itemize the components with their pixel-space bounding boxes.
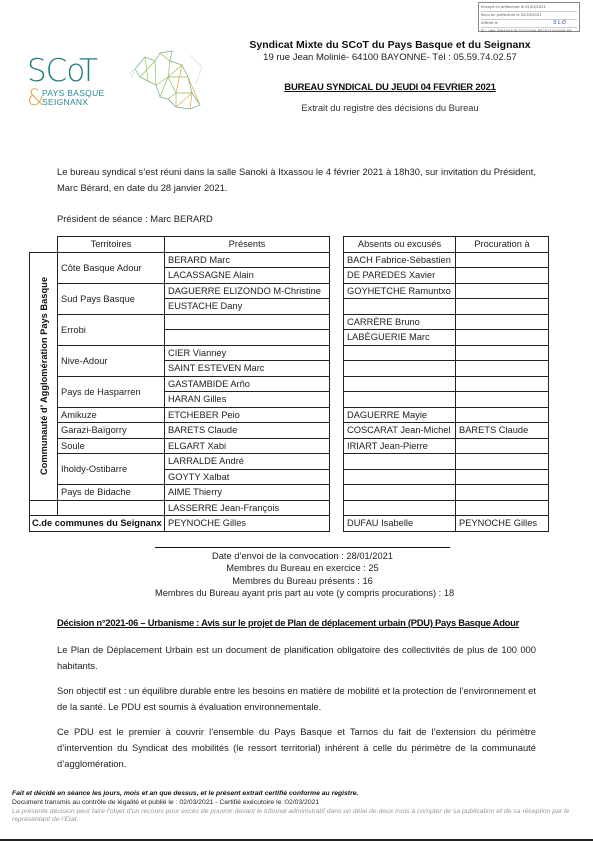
table-row: Pays de BidacheAIME Thierry xyxy=(30,485,330,501)
present-member: AIME Thierry xyxy=(165,485,330,501)
table-row: Errobi xyxy=(30,314,330,330)
table-row xyxy=(344,469,549,485)
present-member: LASSERRE Jean-François xyxy=(165,500,330,516)
absent-member: CARRÈRE Bruno xyxy=(344,314,456,330)
table-row xyxy=(344,485,549,501)
header-procuration: Procuration à xyxy=(456,237,549,253)
members-in-office: Membres du Bureau en exercice : 25 xyxy=(155,562,450,574)
header-presents: Présents xyxy=(165,237,330,253)
table-row: GOYHETCHE Ramuntxo xyxy=(344,283,549,299)
absent-member xyxy=(344,469,456,485)
absent-member: GOYHETCHE Ramuntxo xyxy=(344,283,456,299)
org-address: 19 rue Jean Molinié- 64100 BAYONNE- Tél … xyxy=(240,52,540,63)
present-member: CIER Vianney xyxy=(165,345,330,361)
table-row: COSCARAT Jean-MichelBARETS Claude xyxy=(344,423,549,439)
certified-statement: Fait et décidé en séance les jours, mois… xyxy=(12,790,572,799)
table-row: BACH Fabrice-Sébastien xyxy=(344,252,549,268)
absent-member xyxy=(344,361,456,377)
present-member: BARETS Claude xyxy=(165,423,330,439)
absent-member: DAGUERRE Mayie xyxy=(344,407,456,423)
stamp-id: ID : 064-256404278-20210204-BS2021020406… xyxy=(481,28,577,35)
table-row: Communauté d’ Agglomération Pays BasqueC… xyxy=(30,252,330,268)
territory-name: Garazi-Baïgorry xyxy=(58,423,165,439)
territory-map-icon xyxy=(130,47,210,117)
present-member: ELGART Xabi xyxy=(165,438,330,454)
table-header-row: Absents ou excusésProcuration à xyxy=(344,237,549,253)
proxy-holder: BARETS Claude xyxy=(456,423,549,439)
scot-logo: SCoT & PAYS BASQUE SEIGNANX xyxy=(25,55,185,115)
table-row: Sud Pays BasqueDAGUERRE ELIZONDO M-Chris… xyxy=(30,283,330,299)
absent-member xyxy=(344,299,456,315)
decision-paragraph: Ce PDU est le premier à couvrir l’ensemb… xyxy=(57,724,536,772)
table-row: C.de communes du SeignanxPEYNOCHE Gilles xyxy=(30,516,330,532)
prefecture-stamp: Envoyé en préfecture le 02/03/2021 Reçu … xyxy=(478,2,580,32)
absent-member: BACH Fabrice-Sébastien xyxy=(344,252,456,268)
convocation-date: Date d’envoi de la convocation : 28/01/2… xyxy=(155,550,450,562)
extract-label: Extrait du registre des décisions du Bur… xyxy=(240,103,540,113)
organization-header: Syndicat Mixte du SCoT du Pays Basque et… xyxy=(240,39,540,63)
proxy-holder xyxy=(456,361,549,377)
proxy-holder xyxy=(456,268,549,284)
present-member: ETCHEBER Peio xyxy=(165,407,330,423)
absent-member: COSCARAT Jean-Michel xyxy=(344,423,456,439)
territory-name: Nive-Adour xyxy=(58,345,165,376)
decision-paragraph: Le Plan de Déplacement Urbain est un doc… xyxy=(57,642,536,674)
present-member: LARRALDE André xyxy=(165,454,330,470)
org-name: Syndicat Mixte du SCoT du Pays Basque et… xyxy=(240,39,540,51)
proxy-holder xyxy=(456,500,549,516)
proxy-holder xyxy=(456,345,549,361)
table-row: DE PAREDES Xavier xyxy=(344,268,549,284)
present-member: DAGUERRE ELIZONDO M-Christine xyxy=(165,283,330,299)
slo-logo-icon: SLO xyxy=(553,20,567,27)
present-member: HARAN Gilles xyxy=(165,392,330,408)
present-member: EUSTACHE Dany xyxy=(165,299,330,315)
corner-cell xyxy=(30,237,58,253)
table-row xyxy=(344,376,549,392)
present-member: BERARD Marc xyxy=(165,252,330,268)
table-row xyxy=(344,454,549,470)
absent-member: LABÈGUERIE Marc xyxy=(344,330,456,346)
meeting-title: BUREAU SYNDICAL DU JEUDI 04 FEVRIER 2021 xyxy=(240,82,540,93)
group-label-cell: Communauté d’ Agglomération Pays Basque xyxy=(30,252,58,500)
present-member: LACASSAGNE Alain xyxy=(165,268,330,284)
territory-name: Côte Basque Adour xyxy=(58,252,165,283)
proxy-holder xyxy=(456,407,549,423)
attendance-absents-table: Absents ou excusésProcuration àBACH Fabr… xyxy=(343,236,549,532)
logo-wordmark: SCoT xyxy=(27,53,97,89)
proxy-holder xyxy=(456,392,549,408)
appeal-notice: La présente décision peut faire l’objet … xyxy=(12,808,572,826)
table-header-row: TerritoiresPrésents xyxy=(30,237,330,253)
table-row: Pays de HasparrenGASTAMBIDE Arño xyxy=(30,376,330,392)
table-row: LABÈGUERIE Marc xyxy=(344,330,549,346)
table-row: Garazi-BaïgorryBARETS Claude xyxy=(30,423,330,439)
proxy-holder xyxy=(456,314,549,330)
present-member xyxy=(165,330,330,346)
header-absents: Absents ou excusés xyxy=(344,237,456,253)
table-row: DAGUERRE Mayie xyxy=(344,407,549,423)
territory-name: Pays de Hasparren xyxy=(58,376,165,407)
absent-member xyxy=(344,500,456,516)
table-row xyxy=(344,345,549,361)
transmission-statement: Document transmis au contrôle de légalit… xyxy=(12,799,572,808)
members-voting: Membres du Bureau ayant pris part au vot… xyxy=(155,587,450,599)
territory-name: Iholdy-Ostibarre xyxy=(58,454,165,485)
intro-paragraph: Le bureau syndical s’est réuni dans la s… xyxy=(57,164,536,196)
absent-member xyxy=(344,392,456,408)
logo-subtitle-2: SEIGNANX xyxy=(42,97,88,107)
group-label: Communauté d’ Agglomération Pays Basque xyxy=(39,277,49,475)
proxy-holder xyxy=(456,283,549,299)
proxy-holder: PEYNOCHE Gilles xyxy=(456,516,549,532)
proxy-holder xyxy=(456,438,549,454)
decision-paragraph: Son objectif est : un équilibre durable … xyxy=(57,683,536,715)
decision-title: Décision n°2021-06 – Urbanisme : Avis su… xyxy=(57,617,519,628)
territory-name xyxy=(58,500,165,516)
empty-cell xyxy=(30,500,58,516)
absent-member xyxy=(344,345,456,361)
attendance-presents-table: TerritoiresPrésentsCommunauté d’ Agglomé… xyxy=(29,236,330,532)
territory-name: Sud Pays Basque xyxy=(58,283,165,314)
header-territoires: Territoires xyxy=(58,237,165,253)
table-row xyxy=(344,500,549,516)
table-row: CARRÈRE Bruno xyxy=(344,314,549,330)
territory-name: Errobi xyxy=(58,314,165,345)
present-member: SAINT ESTEVEN Marc xyxy=(165,361,330,377)
absent-member: IRIART Jean-Pierre xyxy=(344,438,456,454)
table-row: Iholdy-OstibarreLARRALDE André xyxy=(30,454,330,470)
stamp-sent: Envoyé en préfecture le 02/03/2021 xyxy=(481,4,577,12)
proxy-holder xyxy=(456,376,549,392)
table-row: SouleELGART Xabi xyxy=(30,438,330,454)
present-member: GOYTY Xalbat xyxy=(165,469,330,485)
table-row: DUFAU IsabellePEYNOCHE Gilles xyxy=(344,516,549,532)
absent-member xyxy=(344,454,456,470)
table-row: IRIART Jean-Pierre xyxy=(344,438,549,454)
proxy-holder xyxy=(456,299,549,315)
proxy-holder xyxy=(456,454,549,470)
table-row: AmikuzeETCHEBER Peio xyxy=(30,407,330,423)
territory-name: Soule xyxy=(58,438,165,454)
seignanx-label: C.de communes du Seignanx xyxy=(30,516,165,532)
table-row: LASSERRE Jean-François xyxy=(30,500,330,516)
session-president: Président de séance : Marc BERARD xyxy=(57,213,213,224)
territory-name: Amikuze xyxy=(58,407,165,423)
absent-member xyxy=(344,376,456,392)
stamp-posted: Affiché leSLO xyxy=(481,20,577,28)
territory-name: Pays de Bidache xyxy=(58,485,165,501)
present-member: PEYNOCHE Gilles xyxy=(165,516,330,532)
table-row xyxy=(344,361,549,377)
table-row xyxy=(344,299,549,315)
table-row: Nive-AdourCIER Vianney xyxy=(30,345,330,361)
members-present: Membres du Bureau présents : 16 xyxy=(155,575,450,587)
absent-member: DUFAU Isabelle xyxy=(344,516,456,532)
stamp-received: Reçu en préfecture le 02/03/2021 xyxy=(481,12,577,20)
proxy-holder xyxy=(456,252,549,268)
proxy-holder xyxy=(456,330,549,346)
table-row xyxy=(344,392,549,408)
present-member xyxy=(165,314,330,330)
proxy-holder xyxy=(456,469,549,485)
absent-member xyxy=(344,485,456,501)
attendance-summary: Date d’envoi de la convocation : 28/01/2… xyxy=(155,547,450,599)
present-member: GASTAMBIDE Arño xyxy=(165,376,330,392)
absent-member: DE PAREDES Xavier xyxy=(344,268,456,284)
proxy-holder xyxy=(456,485,549,501)
page-footer: Fait et décidé en séance les jours, mois… xyxy=(12,790,572,825)
